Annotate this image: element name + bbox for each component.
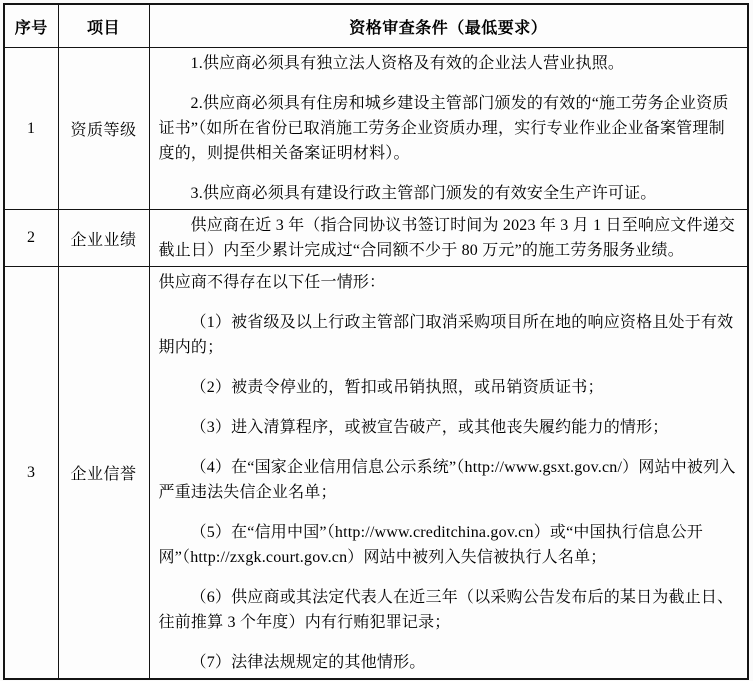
condition-paragraph: （6）供应商或其法定代表人在近三年（以采购公告发布后的某日为截止日、往前推算 3… [159,585,740,635]
row-serial-number: 3 [4,267,58,680]
table-body: 1 资质等级 1.供应商必须具有独立法人资格及有效的企业法人营业执照。2.供应商… [4,48,748,680]
table-row: 2 企业业绩 供应商在近 3 年（指合同协议书签订时间为 2023 年 3 月 … [4,210,748,267]
row-item-name: 企业业绩 [58,210,149,267]
row-conditions: 1.供应商必须具有独立法人资格及有效的企业法人营业执照。2.供应商必须具有住房和… [149,48,748,210]
condition-paragraph: （2）被责令停业的，暂扣或吊销执照，或吊销资质证书； [159,375,740,400]
table-row: 1 资质等级 1.供应商必须具有独立法人资格及有效的企业法人营业执照。2.供应商… [4,48,748,210]
document-page: 序号 项目 资格审查条件（最低要求） 1 资质等级 1.供应商必须具有独立法人资… [0,0,753,681]
row-item-name: 企业信誉 [58,267,149,680]
row-conditions: 供应商在近 3 年（指合同协议书签订时间为 2023 年 3 月 1 日至响应文… [149,210,748,267]
condition-paragraph: （7）法律法规规定的其他情形。 [159,650,740,675]
condition-paragraph: 3.供应商必须具有建设行政主管部门颁发的有效安全生产许可证。 [159,181,740,206]
table-header: 序号 项目 资格审查条件（最低要求） [4,4,748,48]
header-item: 项目 [58,4,149,48]
condition-paragraph: 供应商不得存在以下任一情形： [159,270,740,295]
condition-paragraph: 供应商在近 3 年（指合同协议书签订时间为 2023 年 3 月 1 日至响应文… [159,213,740,263]
table-row: 3 企业信誉 供应商不得存在以下任一情形：（1）被省级及以上行政主管部门取消采购… [4,267,748,680]
header-serial-number: 序号 [4,4,58,48]
row-serial-number: 1 [4,48,58,210]
qualification-table: 序号 项目 资格审查条件（最低要求） 1 资质等级 1.供应商必须具有独立法人资… [3,3,749,680]
condition-paragraph: （4）在“国家企业信用信息公示系统”（http://www.gsxt.gov.c… [159,455,740,505]
condition-paragraph: （1）被省级及以上行政主管部门取消采购项目所在地的响应资格且处于有效期内的； [159,310,740,360]
condition-paragraph: （5）在“信用中国”（http://www.creditchina.gov.cn… [159,520,740,570]
condition-paragraph: （3）进入清算程序，或被宣告破产，或其他丧失履约能力的情形； [159,415,740,440]
row-item-name: 资质等级 [58,48,149,210]
header-row: 序号 项目 资格审查条件（最低要求） [4,4,748,48]
condition-paragraph: 1.供应商必须具有独立法人资格及有效的企业法人营业执照。 [159,51,740,76]
row-serial-number: 2 [4,210,58,267]
header-qualification-conditions: 资格审查条件（最低要求） [149,4,748,48]
condition-paragraph: 2.供应商必须具有住房和城乡建设主管部门颁发的有效的“施工劳务企业资质证书”（如… [159,91,740,166]
row-conditions: 供应商不得存在以下任一情形：（1）被省级及以上行政主管部门取消采购项目所在地的响… [149,267,748,680]
